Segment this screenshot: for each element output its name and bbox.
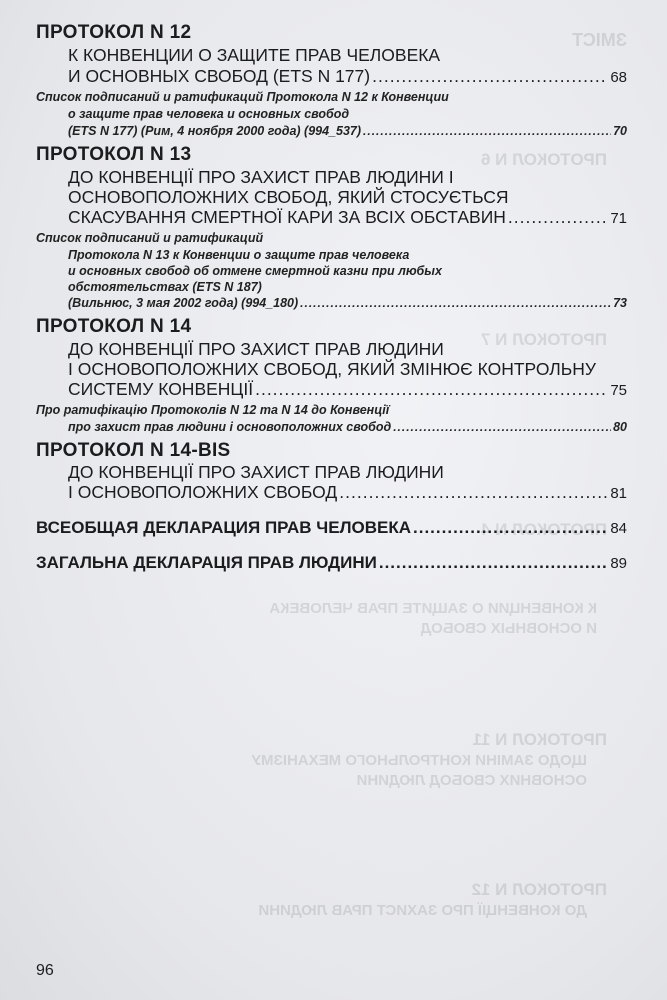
leader-dots [372,66,608,87]
toc-entry-protocol-12[interactable]: И ОСНОВНЫХ СВОБОД (ETS N 177) 68 [68,66,627,87]
toc-heading-protocol-12: ПРОТОКОЛ N 12 [36,22,191,44]
toc-heading: ЗАГАЛЬНА ДЕКЛАРАЦІЯ ПРАВ ЛЮДИНИ [36,553,377,573]
toc-heading-protocol-13: ПРОТОКОЛ N 13 [36,144,191,166]
toc-subentry-line: и основных свобод об отмене смертной каз… [68,264,442,278]
toc-entry-protocol-14-bis[interactable]: І ОСНОВОПОЛОЖНИХ СВОБОД 81 [68,482,627,503]
toc-title-line: И ОСНОВНЫХ СВОБОД (ETS N 177) [68,66,370,87]
toc-title-line: ДО КОНВЕНЦІЇ ПРО ЗАХИСТ ПРАВ ЛЮДИНИ [68,462,444,483]
leader-dots [255,379,608,400]
page-ref: 80 [613,420,627,434]
leader-dots [393,420,611,434]
toc-title-line: ДО КОНВЕНЦІЇ ПРО ЗАХИСТ ПРАВ ЛЮДИНИ [68,339,444,360]
toc-subentry-line: Про ратифікацію Протоколів N 12 та N 14 … [36,403,389,417]
page-ref: 73 [613,296,627,310]
page-ref: 71 [610,210,627,227]
toc-title-line: ДО КОНВЕНЦІЇ ПРО ЗАХИСТ ПРАВ ЛЮДИНИ І [68,167,454,188]
toc-title-line: СИСТЕМУ КОНВЕНЦІЇ [68,379,253,400]
leader-dots [508,207,608,228]
toc-subentry-line: Список подписаний и ратификаций [36,231,263,245]
toc-title-line: І ОСНОВОПОЛОЖНИХ СВОБОД [68,482,337,503]
page-number: 96 [36,962,54,980]
table-of-contents: ПРОТОКОЛ N 12 К КОНВЕНЦИИ О ЗАЩИТЕ ПРАВ … [0,0,667,1000]
leader-dots [379,553,608,573]
toc-subentry-protocol-13-signatures[interactable]: (Вильнюс, 3 мая 2002 года) (994_180) 73 [68,296,627,310]
page-ref: 84 [610,520,627,537]
toc-title-line: ОСНОВОПОЛОЖНИХ СВОБОД, ЯКИЙ СТОСУЄТЬСЯ [68,187,509,208]
leader-dots [413,518,608,538]
toc-subentry-line: (Вильнюс, 3 мая 2002 года) (994_180) [68,296,298,310]
toc-entry-universal-declaration-ua[interactable]: ЗАГАЛЬНА ДЕКЛАРАЦІЯ ПРАВ ЛЮДИНИ 89 [36,553,627,573]
toc-subentry-line: про захист прав людини і основоположних … [68,420,391,434]
toc-subentry-line: Список подписаний и ратификаций Протокол… [36,90,449,104]
leader-dots [339,482,608,503]
page-ref: 75 [610,382,627,399]
toc-heading-protocol-14: ПРОТОКОЛ N 14 [36,316,191,338]
toc-heading-protocol-14-bis: ПРОТОКОЛ N 14-BIS [36,440,231,462]
leader-dots [300,296,611,310]
toc-subentry-line: (ETS N 177) (Рим, 4 ноября 2000 года) (9… [68,124,361,138]
toc-title-line: СКАСУВАННЯ СМЕРТНОЇ КАРИ ЗА ВСІХ ОБСТАВИ… [68,207,506,228]
page-ref: 70 [613,124,627,138]
toc-subentry-line: о защите прав человека и основных свобод [68,107,349,121]
page-ref: 81 [610,485,627,502]
page-ref: 68 [610,69,627,86]
toc-entry-protocol-13[interactable]: СКАСУВАННЯ СМЕРТНОЇ КАРИ ЗА ВСІХ ОБСТАВИ… [68,207,627,228]
toc-subentry-line: Протокола N 13 к Конвенции о защите прав… [68,248,409,262]
toc-heading: ВСЕОБЩАЯ ДЕКЛАРАЦИЯ ПРАВ ЧЕЛОВЕКА [36,518,411,538]
leader-dots [363,124,611,138]
toc-entry-universal-declaration-ru[interactable]: ВСЕОБЩАЯ ДЕКЛАРАЦИЯ ПРАВ ЧЕЛОВЕКА 84 [36,518,627,538]
toc-title-line: І ОСНОВОПОЛОЖНИХ СВОБОД, ЯКИЙ ЗМІНЮЄ КОН… [68,359,596,380]
toc-subentry-line: обстоятельствах (ETS N 187) [68,280,262,294]
toc-subentry-protocol-12-signatures[interactable]: (ETS N 177) (Рим, 4 ноября 2000 года) (9… [68,124,627,138]
toc-title-line: К КОНВЕНЦИИ О ЗАЩИТЕ ПРАВ ЧЕЛОВЕКА [68,45,440,66]
toc-subentry-protocol-14-ratification[interactable]: про захист прав людини і основоположних … [68,420,627,434]
toc-entry-protocol-14[interactable]: СИСТЕМУ КОНВЕНЦІЇ 75 [68,379,627,400]
page-ref: 89 [610,555,627,572]
